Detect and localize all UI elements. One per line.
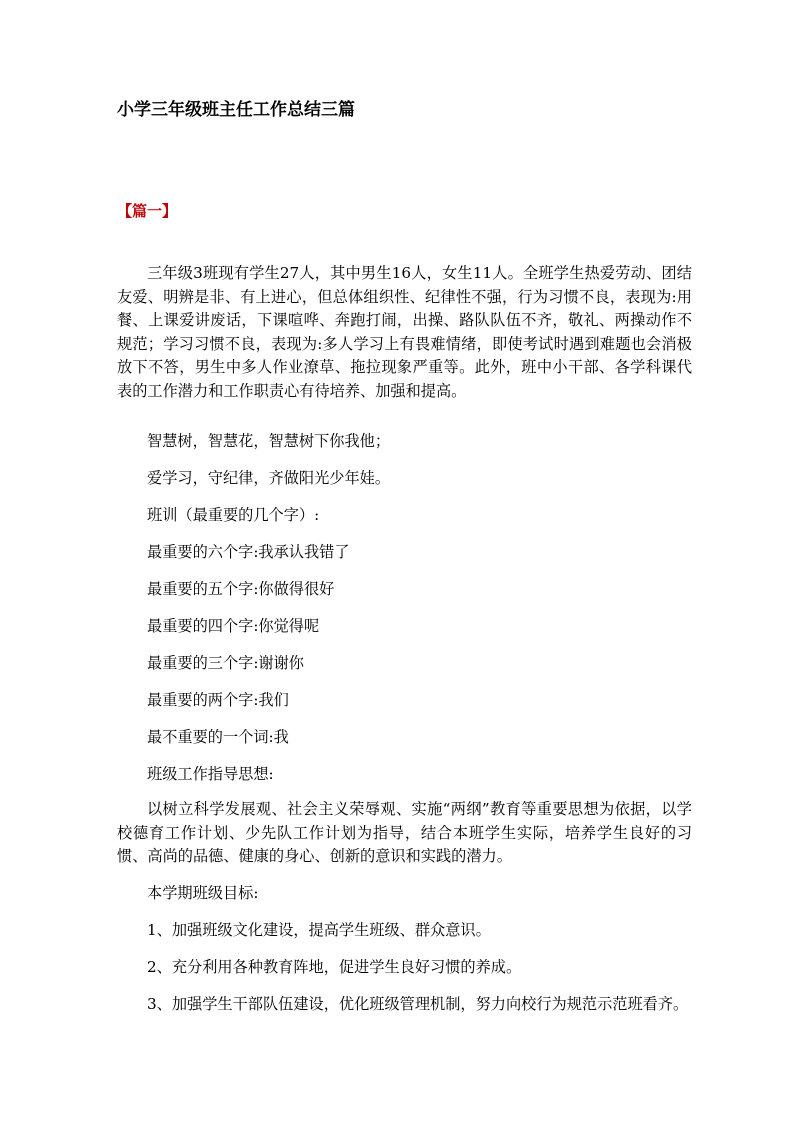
motto-one-word: 最不重要的一个词:我 xyxy=(147,726,289,750)
motto-line-1: 智慧树，智慧花，智慧树下你我他； xyxy=(147,430,390,454)
goal-1: 1、加强班级文化建设，提高学生班级、群众意识。 xyxy=(147,919,491,943)
motto-four-words: 最重要的四个字:你觉得呢 xyxy=(147,615,319,639)
motto-line-2: 爱学习，守纪律，齐做阳光少年娃。 xyxy=(147,467,390,491)
goal-3: 3、加强学生干部队伍建设，优化班级管理机制，努力向校行为规范示范班看齐。 xyxy=(117,993,692,1017)
class-motto-heading: 班训（最重要的几个字）: xyxy=(147,504,319,528)
guiding-heading: 班级工作指导思想: xyxy=(147,763,274,787)
motto-five-words: 最重要的五个字:你做得很好 xyxy=(147,578,334,602)
document-page: 小学三年级班主任工作总结三篇 【篇一】 三年级3班现有学生27人，其中男生16人… xyxy=(0,0,793,1122)
document-title: 小学三年级班主任工作总结三篇 xyxy=(117,95,355,120)
motto-six-words: 最重要的六个字:我承认我错了 xyxy=(147,541,350,565)
motto-two-words: 最重要的两个字:我们 xyxy=(147,689,289,713)
guiding-paragraph: 以树立科学发展观、社会主义荣辱观、实施“两纲”教育等重要思想为依据，以学校德育工… xyxy=(117,798,692,869)
goals-heading: 本学期班级目标: xyxy=(147,882,258,906)
motto-three-words: 最重要的三个字:谢谢你 xyxy=(147,652,304,676)
intro-paragraph: 三年级3班现有学生27人，其中男生16人，女生11人。全班学生热爱劳动、团结友爱… xyxy=(117,262,692,403)
section-label: 【篇一】 xyxy=(117,200,177,221)
goal-2: 2、充分利用各种教育阵地，促进学生良好习惯的养成。 xyxy=(147,956,521,980)
